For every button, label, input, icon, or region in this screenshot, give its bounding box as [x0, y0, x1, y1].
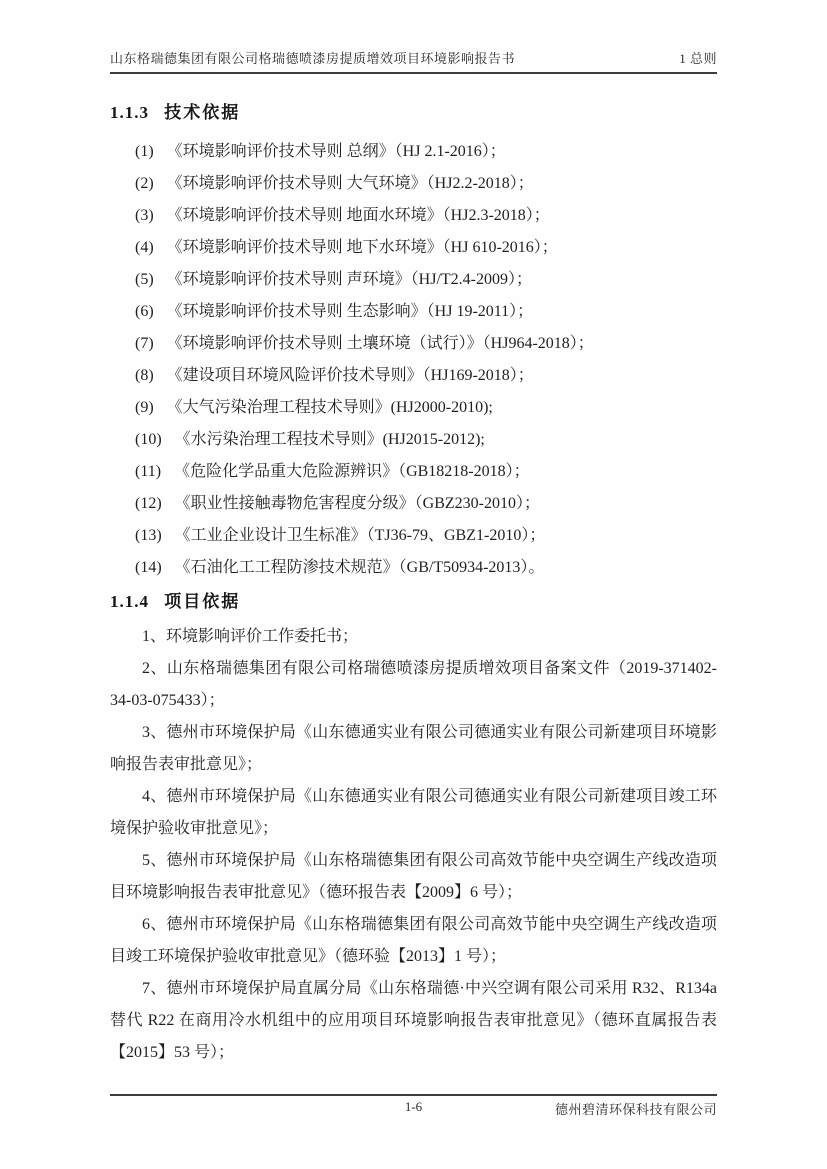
technical-basis-item: (11) 《危险化学品重大危险源辨识》（GB18218-2018）； [110, 456, 717, 488]
technical-basis-item: (1) 《环境影响评价技术导则 总纲》（HJ 2.1-2016）； [110, 136, 717, 168]
item-citation-text: 《环境影响评价技术导则 声环境》（HJ/T2.4-2009）； [167, 271, 532, 288]
item-number-marker: (4) [135, 239, 154, 256]
item-number-marker: (7) [135, 335, 154, 352]
item-citation-text: 《环境影响评价技术导则 生态影响》（HJ 19-2011）； [167, 303, 534, 320]
project-basis-paragraphs: 1、环境影响评价工作委托书； 2、山东格瑞德集团有限公司格瑞德喷漆房提质增效项目… [110, 621, 717, 1069]
item-number-marker: (13) [135, 527, 162, 544]
project-basis-paragraph: 4、德州市环境保护局《山东德通实业有限公司德通实业有限公司新建项目竣工环境保护验… [110, 781, 717, 845]
section-number: 1.1.4 [110, 592, 149, 611]
item-number-marker: (14) [135, 559, 162, 576]
page-content: 山东格瑞德集团有限公司格瑞德喷漆房提质增效项目环境影响报告书 1 总则 1.1.… [0, 0, 827, 1069]
page-header: 山东格瑞德集团有限公司格瑞德喷漆房提质增效项目环境影响报告书 1 总则 [110, 0, 717, 74]
technical-basis-item: (2) 《环境影响评价技术导则 大气环境》（HJ2.2-2018）； [110, 168, 717, 200]
item-number-marker: (8) [135, 367, 154, 384]
header-row: 山东格瑞德集团有限公司格瑞德喷漆房提质增效项目环境影响报告书 1 总则 [110, 48, 717, 67]
item-citation-text: 《环境影响评价技术导则 地下水环境》（HJ 610-2016）； [167, 239, 558, 256]
project-basis-paragraph: 5、德州市环境保护局《山东格瑞德集团有限公司高效节能中央空调生产线改造项目环境影… [110, 845, 717, 909]
item-number-marker: (9) [135, 399, 154, 416]
item-citation-text: 《建设项目环境风险评价技术导则》（HJ169-2018）； [167, 367, 534, 384]
footer-row: 1-6 德州碧清环保科技有限公司 [110, 1099, 717, 1117]
footer-company-name: 德州碧清环保科技有限公司 [555, 1099, 717, 1118]
technical-basis-item: (13) 《工业企业设计卫生标准》（TJ36-79、GBZ1-2010）； [110, 520, 717, 552]
item-citation-text: 《环境影响评价技术导则 土壤环境（试行）》（HJ964-2018）； [167, 335, 594, 352]
section-heading-technical-basis: 1.1.3 技术依据 [110, 98, 717, 123]
item-number-marker: (6) [135, 303, 154, 320]
page-body: 1.1.3 技术依据 (1) 《环境影响评价技术导则 总纲》（HJ 2.1-20… [110, 98, 717, 1069]
project-basis-paragraph: 2、山东格瑞德集团有限公司格瑞德喷漆房提质增效项目备案文件（2019-37140… [110, 653, 717, 717]
technical-basis-item: (5) 《环境影响评价技术导则 声环境》（HJ/T2.4-2009）； [110, 264, 717, 296]
project-basis-paragraph: 1、环境影响评价工作委托书； [110, 621, 717, 653]
item-citation-text: 《环境影响评价技术导则 总纲》（HJ 2.1-2016）； [167, 143, 506, 160]
technical-basis-item: (4) 《环境影响评价技术导则 地下水环境》（HJ 610-2016）； [110, 232, 717, 264]
item-number-marker: (3) [135, 207, 154, 224]
project-basis-paragraph: 3、德州市环境保护局《山东德通实业有限公司德通实业有限公司新建项目环境影响报告表… [110, 717, 717, 781]
item-number-marker: (11) [135, 463, 161, 480]
technical-basis-item: (10) 《水污染治理工程技术导则》(HJ2015-2012); [110, 424, 717, 456]
document-page: 山东格瑞德集团有限公司格瑞德喷漆房提质增效项目环境影响报告书 1 总则 1.1.… [0, 0, 827, 1169]
technical-basis-item: (9) 《大气污染治理工程技术导则》(HJ2000-2010); [110, 392, 717, 424]
technical-basis-item: (3) 《环境影响评价技术导则 地面水环境》（HJ2.3-2018）； [110, 200, 717, 232]
technical-basis-list: (1) 《环境影响评价技术导则 总纲》（HJ 2.1-2016）； (2) 《环… [110, 136, 717, 584]
project-basis-paragraph: 7、德州市环境保护局直属分局《山东格瑞德·中兴空调有限公司采用 R32、R134… [110, 973, 717, 1069]
item-citation-text: 《危险化学品重大危险源辨识》（GB18218-2018）； [174, 463, 530, 480]
technical-basis-item: (8) 《建设项目环境风险评价技术导则》（HJ169-2018）； [110, 360, 717, 392]
footer-page-number: 1-6 [405, 1099, 422, 1115]
header-doc-title: 山东格瑞德集团有限公司格瑞德喷漆房提质增效项目环境影响报告书 [110, 48, 515, 67]
project-basis-paragraph: 6、德州市环境保护局《山东格瑞德集团有限公司高效节能中央空调生产线改造项目竣工环… [110, 909, 717, 973]
item-citation-text: 《大气污染治理工程技术导则》(HJ2000-2010); [167, 399, 493, 416]
section-title: 技术依据 [164, 103, 240, 122]
item-citation-text: 《环境影响评价技术导则 大气环境》（HJ2.2-2018）； [167, 175, 534, 192]
item-citation-text: 《环境影响评价技术导则 地面水环境》（HJ2.3-2018）； [167, 207, 550, 224]
item-number-marker: (5) [135, 271, 154, 288]
item-citation-text: 《职业性接触毒物危害程度分级》（GBZ230-2010）； [175, 495, 540, 512]
technical-basis-item: (12) 《职业性接触毒物危害程度分级》（GBZ230-2010）； [110, 488, 717, 520]
technical-basis-item: (6) 《环境影响评价技术导则 生态影响》（HJ 19-2011）； [110, 296, 717, 328]
section-title: 项目依据 [164, 592, 240, 611]
item-citation-text: 《水污染治理工程技术导则》(HJ2015-2012); [175, 431, 485, 448]
section-heading-project-basis: 1.1.4 项目依据 [110, 587, 717, 612]
header-chapter-label: 1 总则 [679, 48, 717, 67]
technical-basis-item: (14) 《石油化工工程防渗技术规范》（GB/T50934-2013）。 [110, 552, 717, 584]
technical-basis-item: (7) 《环境影响评价技术导则 土壤环境（试行）》（HJ964-2018）； [110, 328, 717, 360]
section-number: 1.1.3 [110, 103, 149, 122]
item-number-marker: (2) [135, 175, 154, 192]
item-citation-text: 《工业企业设计卫生标准》（TJ36-79、GBZ1-2010）； [175, 527, 546, 544]
item-citation-text: 《石油化工工程防渗技术规范》（GB/T50934-2013）。 [175, 559, 545, 576]
item-number-marker: (1) [135, 143, 154, 160]
item-number-marker: (10) [135, 431, 162, 448]
item-number-marker: (12) [135, 495, 162, 512]
page-footer: 1-6 德州碧清环保科技有限公司 [110, 1094, 717, 1117]
